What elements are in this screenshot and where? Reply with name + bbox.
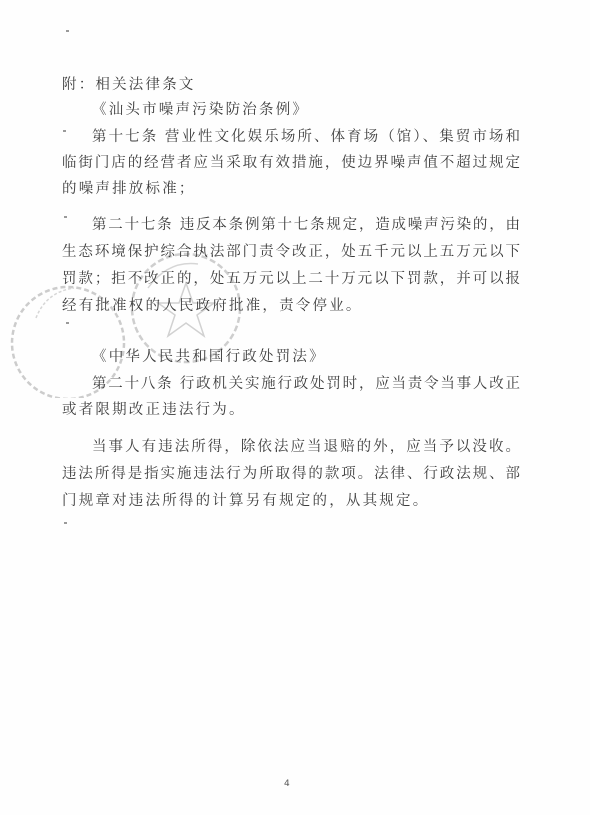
article-text-line: 的噪声排放标准； [62,180,196,198]
article-text-line: 第二十八条 行政机关实施行政处罚时，应当责令当事人改正 [92,375,520,393]
article-text-line: 当事人有违法所得，除依法应当退赔的外，应当予以没收。 [92,438,520,456]
article-text-line: 生态环境保护综合执法部门责令改正，处五千元以上五万元以下 [62,243,520,261]
law-title-shantou: 《汕头市噪声污染防治条例》 [92,101,309,119]
article-text-line: 罚款；拒不改正的，处五万元以上二十万元以下罚款，并可以报 [62,270,520,288]
article-text-line: 第二十七条 违反本条例第十七条规定，造成噪声污染的，由 [92,216,520,234]
article-text-line: 或者限期改正违法行为。 [62,401,246,419]
article-text-line: 门规章对违法所得的计算另有规定的，从其规定。 [62,492,429,510]
attachment-heading: 附：相关法律条文 [62,76,196,94]
page-number: 4 [284,779,290,789]
article-text-line: 违法所得是指实施违法行为所取得的款项。法律、行政法规、部 [62,465,520,483]
scan-mark [66,30,69,32]
scan-mark [66,322,69,324]
scan-mark [64,522,67,524]
article-text-line: 经有批准权的人民政府批准，责令停业。 [62,297,363,315]
article-text-line: 第十七条 营业性文化娱乐场所、体育场（馆）、集贸市场和 [92,128,520,146]
law-title-administrative-penalty: 《中华人民共和国行政处罚法》 [92,348,326,366]
article-text-line: 临街门店的经营者应当采取有效措施，使边界噪声值不超过规定 [62,154,520,172]
scan-mark [64,216,67,218]
document-page: 附：相关法律条文 《汕头市噪声污染防治条例》 第十七条 营业性文化娱乐场所、体育… [0,0,590,815]
scan-mark [63,130,66,132]
